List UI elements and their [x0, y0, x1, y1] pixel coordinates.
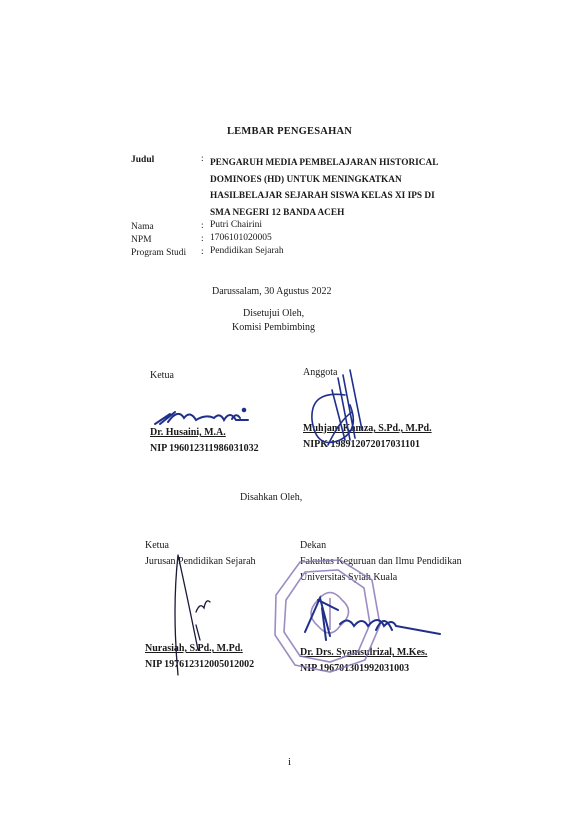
advisor-ketua-id: NIP 196012311986031032 [150, 443, 259, 454]
approved-by: Disetujui Oleh, [243, 308, 304, 319]
dean-id: NIP 196701301992031003 [300, 663, 409, 674]
page-number: i [0, 756, 579, 768]
thesis-title-line: SMA NEGERI 12 BANDA ACEH [210, 205, 438, 222]
thesis-title-line: PENGARUH MEDIA PEMBELAJARAN HISTORICAL [210, 155, 438, 172]
dean-role: Dekan [300, 540, 326, 551]
thesis-title: PENGARUH MEDIA PEMBELAJARAN HISTORICAL D… [210, 155, 438, 221]
place-date: Darussalam, 30 Agustus 2022 [212, 286, 331, 297]
nama-label: Nama [131, 222, 154, 232]
signatures-and-stamp [0, 0, 579, 819]
advisor-anggota-id: NIPK 198912072017031101 [303, 439, 420, 450]
dept-head-id: NIP 197612312005012002 [145, 659, 254, 670]
dept-head-unit: Jurusan Pendidikan Sejarah [145, 556, 256, 567]
npm-label: NPM [131, 235, 152, 245]
dean-university: Universitas Syiah Kuala [300, 572, 397, 583]
judul-label: Judul [131, 155, 154, 165]
dean-faculty: Fakultas Keguruan dan Ilmu Pendidikan [300, 556, 462, 567]
signature-nurasiah-icon [175, 555, 210, 675]
nama-colon: : [201, 221, 204, 231]
advisor-anggota-role: Anggota [303, 367, 337, 378]
dept-head-role: Ketua [145, 540, 169, 551]
advisor-ketua-name: Dr. Husaini, M.A. [150, 427, 226, 438]
signature-husaini-icon [155, 409, 248, 424]
dean-name: Dr. Drs. Syamsulrizal, M.Kes. [300, 647, 427, 658]
prodi-colon: : [201, 247, 204, 257]
page-title: LEMBAR PENGESAHAN [0, 126, 579, 137]
advisor-anggota-name: Muhjam Kamza, S.Pd., M.Pd. [303, 423, 432, 434]
thesis-title-line: DOMINOES (HD) UNTUK MENINGKATKAN [210, 172, 438, 189]
nama-value: Putri Chairini [210, 220, 262, 230]
committee-label: Komisi Pembimbing [232, 322, 315, 333]
ratified-by: Disahkan Oleh, [240, 492, 302, 503]
signature-syamsulrizal-icon [305, 598, 440, 640]
prodi-label: Program Studi [131, 248, 186, 258]
prodi-value: Pendidikan Sejarah [210, 246, 284, 256]
thesis-title-line: HASILBELAJAR SEJARAH SISWA KELAS XI IPS … [210, 188, 438, 205]
npm-value: 1706101020005 [210, 233, 272, 243]
dept-head-name: Nurasiah, S.Pd., M.Pd. [145, 643, 243, 654]
judul-colon: : [201, 154, 204, 164]
advisor-ketua-role: Ketua [150, 370, 174, 381]
npm-colon: : [201, 234, 204, 244]
